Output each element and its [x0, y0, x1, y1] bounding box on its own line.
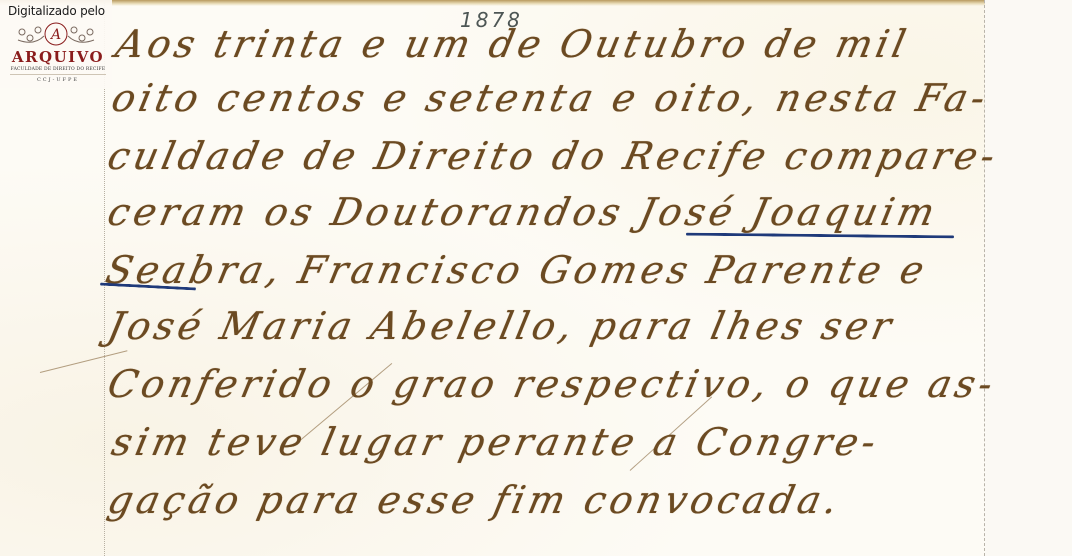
manuscript-line: Aos trinta e um de Outubro de mil — [112, 22, 913, 66]
digitization-stamp: Digitalizado pelo A ARQUIVO FACULDADE DE… — [0, 0, 112, 88]
right-blank-margin — [985, 0, 1072, 556]
stamp-divider — [10, 74, 106, 75]
manuscript-page: Digitalizado pelo A ARQUIVO FACULDADE DE… — [0, 0, 1072, 556]
manuscript-line: Seabra, Francisco Gomes Parente e — [102, 248, 932, 292]
stamp-title: ARQUIVO — [10, 48, 106, 66]
stamp-subtitle: FACULDADE DE DIREITO DO RECIFE — [8, 67, 108, 72]
stamp-institution: CCJ-UFPE — [8, 77, 108, 83]
manuscript-line: Conferido o grao respectivo, o que as- — [104, 362, 1000, 406]
manuscript-line: sim teve lugar perante a Congre- — [108, 420, 884, 464]
manuscript-line: gação para esse fim convocada. — [104, 478, 845, 522]
manuscript-line: culdade de Direito do Recife compare- — [104, 134, 1003, 178]
manuscript-line: José Maria Abelello, para lhes ser — [104, 304, 899, 348]
stamp-caption: Digitalizado pelo — [8, 4, 105, 18]
ornament-monogram-icon: A — [14, 20, 98, 50]
manuscript-line: oito centos e setenta e oito, nesta Fa- — [108, 76, 993, 120]
page-top-edge — [0, 0, 1072, 6]
svg-text:A: A — [49, 27, 61, 43]
manuscript-line: ceram os Doutorandos José Joaquim — [104, 190, 942, 234]
